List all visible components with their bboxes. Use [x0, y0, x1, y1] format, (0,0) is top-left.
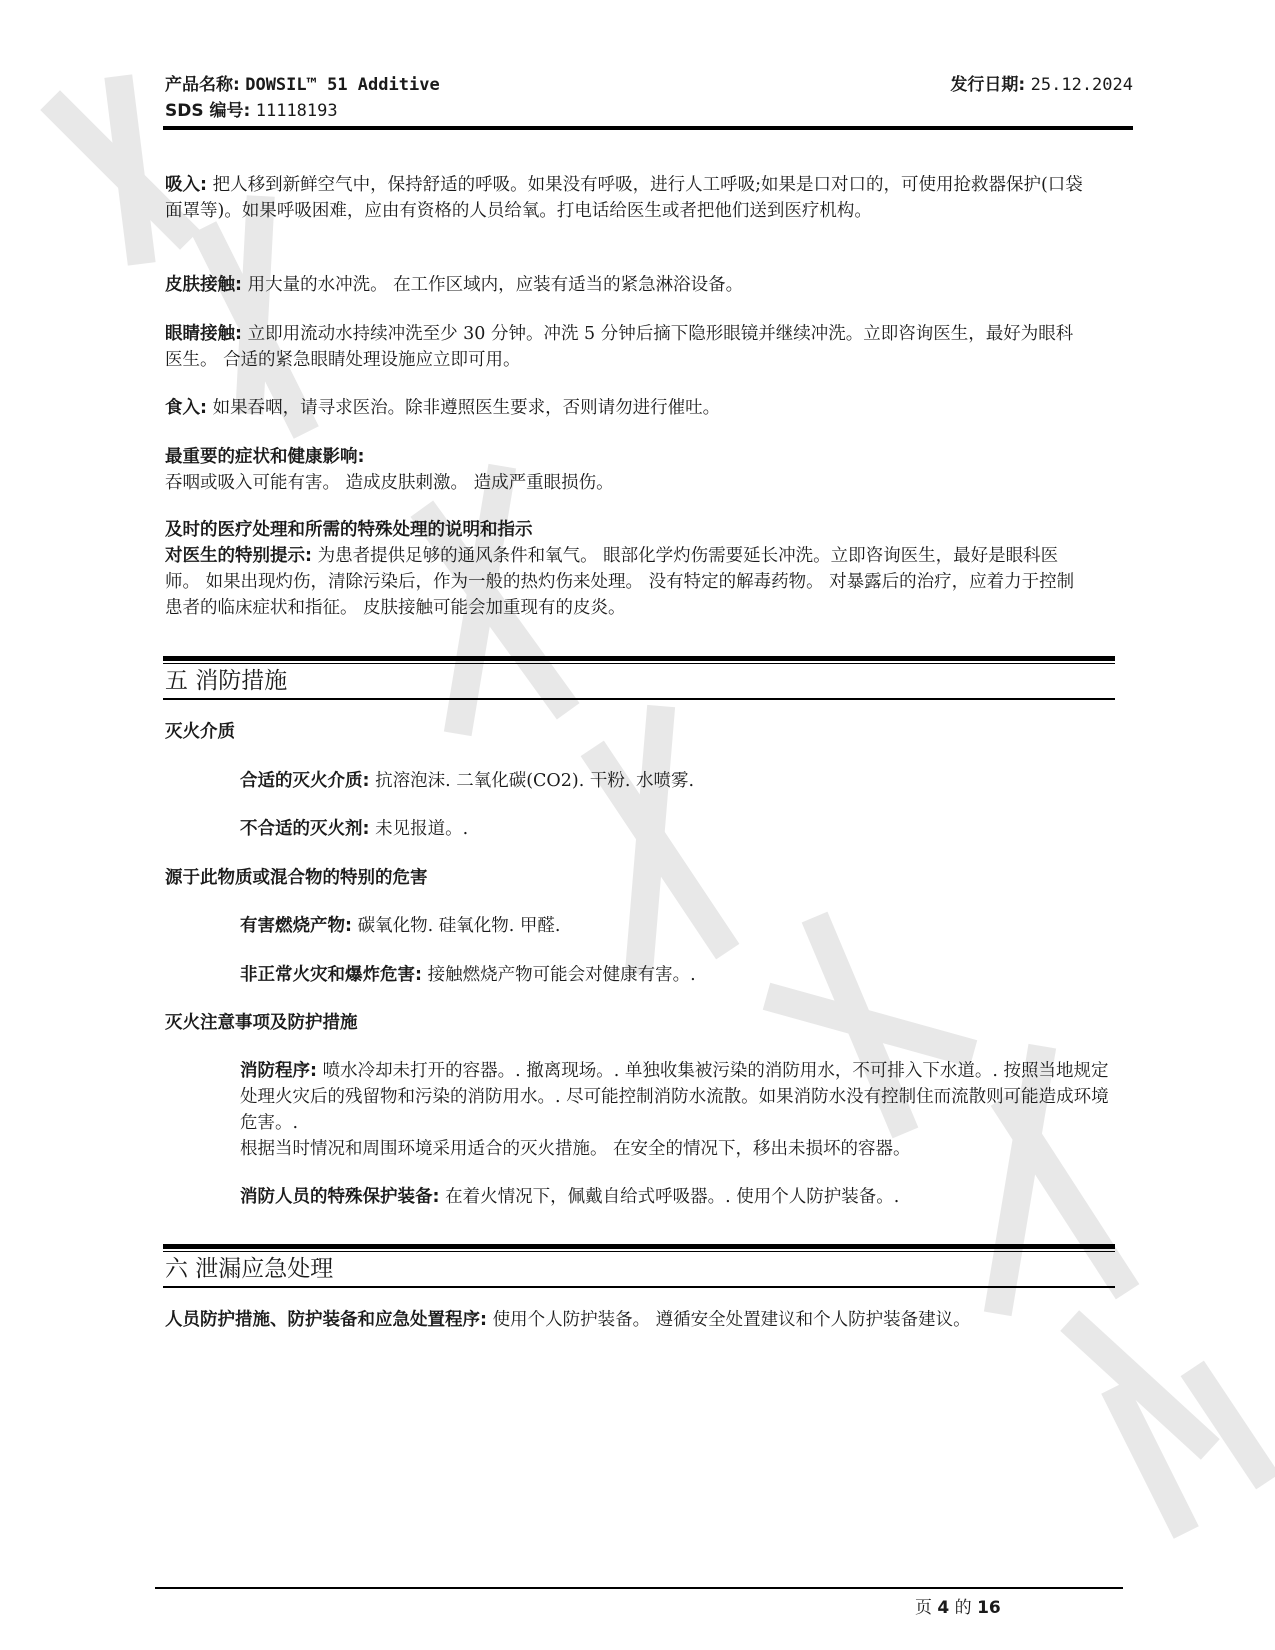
page-current: 4: [937, 1598, 949, 1618]
sds-page: 产品名称: DOWSIL™ 51 Additive SDS 编号: 111181…: [0, 0, 1275, 1650]
skin-contact-label: 皮肤接触:: [165, 275, 242, 295]
inhalation-label: 吸入:: [165, 175, 207, 195]
inhalation-text: 把人移到新鲜空气中，保持舒适的呼吸。如果没有呼吸，进行人工呼吸;如果是口对口的，…: [165, 175, 1083, 221]
symptoms-paragraph: 最重要的症状和健康影响: 吞咽或吸入可能有害。 造成皮肤刺激。 造成严重眼损伤。: [165, 444, 1085, 496]
section6-rule-thin: [163, 1251, 1115, 1252]
eye-contact-label: 眼睛接触:: [165, 324, 242, 344]
suitable-media-label: 合适的灭火介质:: [240, 771, 370, 791]
unsuitable-media-line: 不合适的灭火剂: 未见报道。.: [240, 816, 1110, 842]
personal-precautions-paragraph: 人员防护措施、防护装备和应急处置程序: 使用个人防护装备。 遵循安全处置建议和个…: [165, 1307, 1085, 1333]
ingestion-text: 如果吞咽，请寻求医治。除非遵照医生要求，否则请勿进行催吐。: [213, 398, 721, 418]
section6-title: 六 泄漏应急处理: [165, 1254, 333, 1284]
section6-rule-top: [163, 1244, 1115, 1249]
page-prefix: 页: [915, 1598, 932, 1618]
issue-date-label: 发行日期:: [950, 75, 1025, 95]
firefighter-precautions-heading: 灭火注意事项及防护措施: [165, 1010, 1085, 1036]
symptoms-heading: 最重要的症状和健康影响:: [165, 444, 1085, 470]
issue-date-line: 发行日期: 25.12.2024: [950, 72, 1133, 98]
firefighting-procedure-label: 消防程序:: [240, 1061, 317, 1081]
eye-contact-text: 立即用流动水持续冲洗至少 30 分钟。冲洗 5 分钟后摘下隐形眼镜并继续冲洗。立…: [165, 324, 1073, 370]
skin-contact-paragraph: 皮肤接触: 用大量的水冲洗。 在工作区域内，应装有适当的紧急淋浴设备。: [165, 272, 1085, 298]
product-name-value: DOWSIL™ 51 Additive: [245, 75, 439, 95]
inhalation-paragraph: 吸入: 把人移到新鲜空气中，保持舒适的呼吸。如果没有呼吸，进行人工呼吸;如果是口…: [165, 172, 1085, 224]
section5-rule-thin: [163, 663, 1115, 664]
firefighting-procedure-text-2: 根据当时情况和周围环境采用适合的灭火措施。 在安全的情况下，移出未损坏的容器。: [240, 1136, 1110, 1162]
medical-treatment-paragraph: 及时的医疗处理和所需的特殊处理的说明和指示 对医生的特别提示: 为患者提供足够的…: [165, 517, 1085, 621]
sds-number-line: SDS 编号: 11118193: [165, 98, 1133, 124]
section5-rule-top: [163, 656, 1115, 661]
ingestion-paragraph: 食入: 如果吞咽，请寻求医治。除非遵照医生要求，否则请勿进行催吐。: [165, 395, 1085, 421]
section6-rule-bottom: [163, 1286, 1115, 1288]
footer-divider: [155, 1587, 1123, 1589]
unsuitable-media-label: 不合适的灭火剂:: [240, 819, 370, 839]
issue-date-value: 25.12.2024: [1031, 75, 1133, 95]
page-number: 页 4 的 16: [915, 1593, 1001, 1618]
symptoms-text: 吞咽或吸入可能有害。 造成皮肤刺激。 造成严重眼损伤。: [165, 470, 1085, 496]
eye-contact-paragraph: 眼睛接触: 立即用流动水持续冲洗至少 30 分钟。冲洗 5 分钟后摘下隐形眼镜并…: [165, 321, 1085, 373]
product-name-label: 产品名称:: [165, 75, 240, 95]
personal-precautions-text: 使用个人防护装备。 遵循安全处置建议和个人防护装备建议。: [493, 1310, 971, 1330]
personal-precautions-label: 人员防护措施、防护装备和应急处置程序:: [165, 1310, 487, 1330]
skin-contact-text: 用大量的水冲洗。 在工作区域内，应装有适当的紧急淋浴设备。: [248, 275, 744, 295]
section5-title: 五 消防措施: [165, 666, 287, 696]
extinguishing-media-heading: 灭火介质: [165, 719, 1085, 745]
header-divider: [163, 126, 1133, 130]
page-total: 16: [977, 1598, 1001, 1618]
page-header: 产品名称: DOWSIL™ 51 Additive SDS 编号: 111181…: [165, 72, 1133, 124]
protective-equipment-label: 消防人员的特殊保护装备:: [240, 1187, 440, 1207]
unsuitable-media-text: 未见报道。.: [375, 819, 468, 839]
page-of: 的: [955, 1598, 972, 1618]
unusual-hazards-label: 非正常火灾和爆炸危害:: [240, 965, 422, 985]
unusual-hazards-text: 接触燃烧产物可能会对健康有害。.: [428, 965, 696, 985]
special-hazards-heading: 源于此物质或混合物的特别的危害: [165, 865, 1085, 891]
unusual-hazards-line: 非正常火灾和爆炸危害: 接触燃烧产物可能会对健康有害。.: [240, 962, 1110, 988]
note-to-physician-label: 对医生的特别提示:: [165, 546, 312, 566]
protective-equipment-text: 在着火情况下，佩戴自给式呼吸器。. 使用个人防护装备。.: [445, 1187, 899, 1207]
firefighting-procedure-paragraph: 消防程序: 喷水冷却未打开的容器。. 撤离现场。. 单独收集被污染的消防用水，不…: [240, 1058, 1110, 1162]
suitable-media-line: 合适的灭火介质: 抗溶泡沫. 二氧化碳(CO2). 干粉. 水喷雾.: [240, 768, 1110, 794]
combustion-products-line: 有害燃烧产物: 碳氧化物. 硅氧化物. 甲醛.: [240, 913, 1110, 939]
firefighting-procedure-text: 喷水冷却未打开的容器。. 撤离现场。. 单独收集被污染的消防用水，不可排入下水道…: [240, 1061, 1109, 1133]
medical-treatment-heading: 及时的医疗处理和所需的特殊处理的说明和指示: [165, 517, 1085, 543]
section5-rule-bottom: [163, 698, 1115, 700]
combustion-products-label: 有害燃烧产物:: [240, 916, 352, 936]
suitable-media-text: 抗溶泡沫. 二氧化碳(CO2). 干粉. 水喷雾.: [375, 771, 694, 791]
sds-number-value: 11118193: [256, 101, 338, 121]
ingestion-label: 食入:: [165, 398, 207, 418]
sds-number-label: SDS 编号:: [165, 101, 250, 121]
protective-equipment-line: 消防人员的特殊保护装备: 在着火情况下，佩戴自给式呼吸器。. 使用个人防护装备。…: [240, 1184, 1110, 1210]
combustion-products-text: 碳氧化物. 硅氧化物. 甲醛.: [358, 916, 561, 936]
